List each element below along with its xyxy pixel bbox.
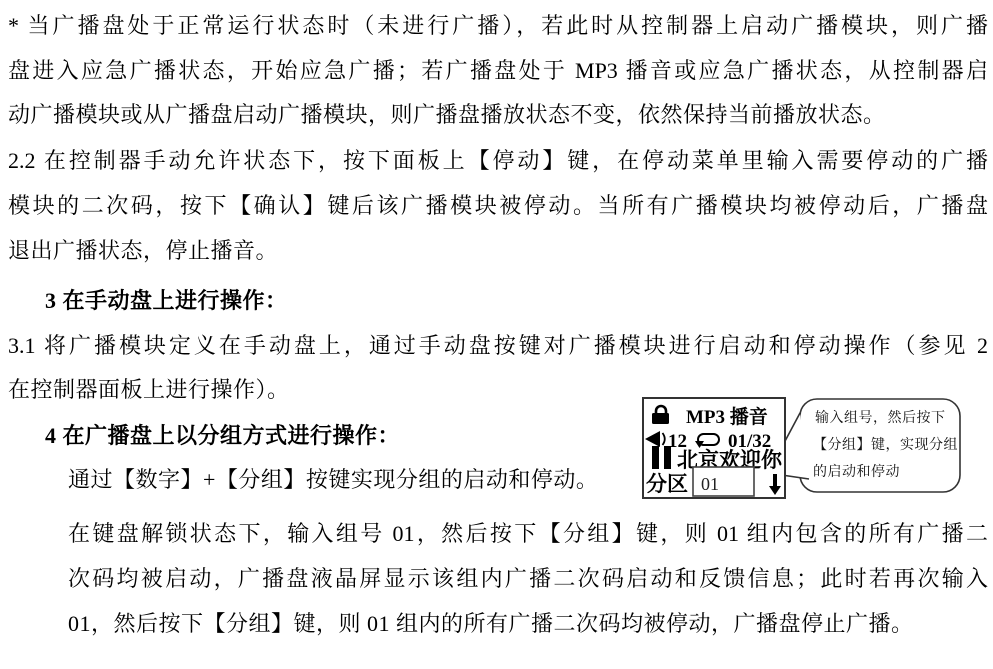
section-3-1-line-2: 在控制器面板上进行操作）。 — [8, 375, 290, 405]
callout-line-3: 的启动和停动 — [813, 463, 900, 480]
callout-line-2: 【分组】键，实现分组 — [813, 436, 958, 453]
zone-label: 分区 — [646, 472, 688, 496]
heading-section-3: 3 在手动盘上进行操作： — [45, 286, 288, 316]
section-2-2-line-1: 2.2 在控制器手动允许状态下，按下面板上【停动】键，在停动菜单里输入需要停动的… — [8, 146, 988, 176]
zone-input: 01 — [693, 467, 754, 496]
section-4-body-line-3: 01，然后按下【分组】键，则 01 组内的所有广播二次码均被停动，广播盘停止广播… — [68, 609, 914, 639]
lcd-callout-diagram: 输入组号，然后按下 【分组】键，实现分组 的启动和停动 MP3 播音 12 — [630, 385, 993, 520]
callout-bubble: 输入组号，然后按下 【分组】键，实现分组 的启动和停动 — [768, 399, 960, 492]
document-page: * 当广播盘处于正常运行状态时（未进行广播），若此时从控制器上启动广播模块，则广… — [0, 0, 993, 669]
section-2-2-line-2: 模块的二次码，按下【确认】键后该广播模块被停动。当所有广播模块均被停动后，广播盘 — [8, 191, 988, 221]
lcd-panel: MP3 播音 12 01/32 北京欢迎你 分区 01 — [643, 398, 785, 498]
section-2-2-line-3: 退出广播状态，停止播音。 — [8, 236, 278, 266]
section-4-body-line-1: 在键盘解锁状态下，输入组号 01，然后按下【分组】键，则 01 组内包含的所有广… — [68, 519, 988, 549]
section-3-1-line-1: 3.1 将广播模块定义在手动盘上，通过手动盘按键对广播模块进行启动和停动操作（参… — [8, 331, 988, 361]
paragraph-note-line-1: * 当广播盘处于正常运行状态时（未进行广播），若此时从控制器上启动广播模块，则广… — [8, 11, 988, 41]
section-4-intro-line: 通过【数字】+【分组】按键实现分组的启动和停动。 — [68, 465, 598, 495]
heading-section-4: 4 在广播盘上以分组方式进行操作： — [45, 421, 400, 451]
paragraph-note-line-2: 盘进入应急广播状态，开始应急广播；若广播盘处于 MP3 播音或应急广播状态，从控… — [8, 56, 988, 86]
zone-value: 01 — [701, 474, 719, 494]
paragraph-note-line-3: 动广播模块或从广播盘启动广播模块，则广播盘播放状态不变，依然保持当前播放状态。 — [8, 100, 886, 130]
section-4-body-line-2: 次码均被启动，广播盘液晶屏显示该组内广播二次码启动和反馈信息；此时若再次输入 — [68, 564, 988, 594]
callout-line-1: 输入组号，然后按下 — [815, 409, 946, 426]
lcd-status-title: MP3 播音 — [686, 405, 768, 428]
